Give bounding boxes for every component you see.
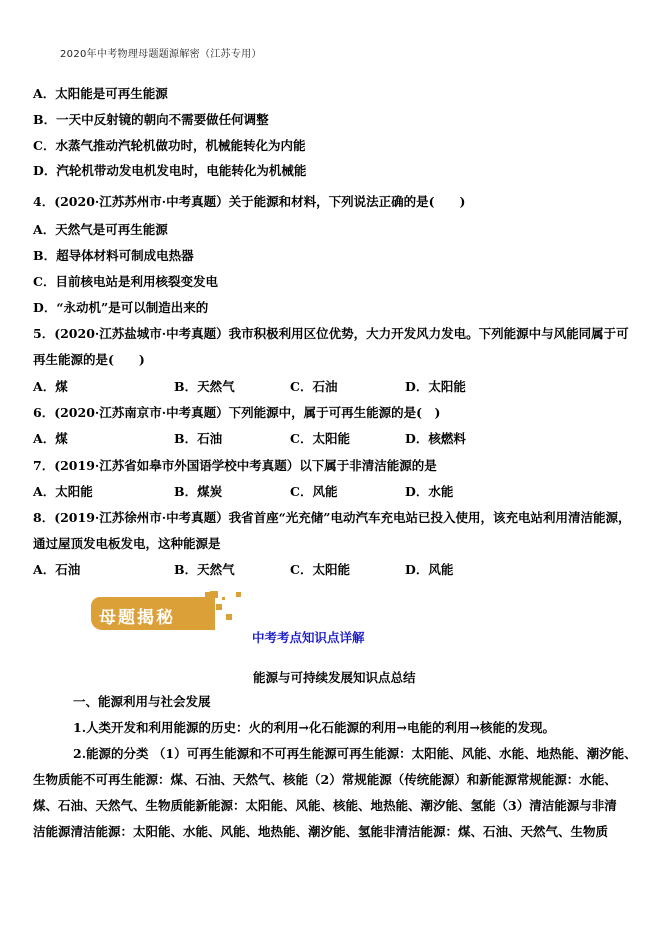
q4-stem: 4．(2020·江苏苏州市·中考真题）关于能源和材料，下列说法正确的是( ) [33,194,465,210]
q8-option-b: B．天然气 [174,562,235,578]
q8-option-c: C．太阳能 [290,562,350,578]
banner-label: 母题揭秘 [99,603,175,628]
q4-option-b: B．超导体材料可制成电热器 [33,248,194,264]
summary-point-1: 1.人类开发和利用能源的历史：火的利用→化石能源的利用→电能的利用→核能的发现。 [73,720,555,736]
q3-option-a: A．太阳能是可再生能源 [33,86,168,102]
q6-option-b: B．石油 [174,431,222,447]
q6-option-c: C．太阳能 [290,431,350,447]
q7-option-c: C．风能 [290,484,337,500]
q5-stem-line1: 5．(2020·江苏盐城市·中考真题）我市积极利用区位优势，大力开发风力发电。下… [33,326,629,342]
q6-option-a: A．煤 [33,431,68,447]
q7-option-a: A．太阳能 [33,484,93,500]
q8-option-d: D．风能 [405,562,453,578]
summary-section-1: 一、能源利用与社会发展 [73,694,211,710]
q5-stem-line2: 再生能源的是( ) [33,352,145,368]
q3-option-c: C．水蒸气推动汽轮机做功时，机械能转化为内能 [33,138,305,154]
q3-option-d: D．汽轮机带动发电机发电时，电能转化为机械能 [33,163,306,179]
page-header: 2020年中考物理母题题源解密（江苏专用） [60,45,262,60]
q7-stem: 7．(2019·江苏省如皋市外国语学校中考真题）以下属于非清洁能源的是 [33,458,437,474]
q4-option-c: C．目前核电站是利用核裂变发电 [33,274,218,290]
q5-option-c: C．石油 [290,379,337,395]
q8-stem-line1: 8．(2019·江苏徐州市·中考真题）我省首座“光充储”电动汽车充电站已投入使用… [33,510,631,526]
q7-option-d: D．水能 [405,484,453,500]
q4-option-d: D．“永动机”是可以制造出来的 [33,300,208,316]
summary-point-2-line-4: 洁能源清洁能源：太阳能、水能、风能、地热能、潮汐能、氢能非清洁能源：煤、石油、天… [33,824,608,840]
q5-option-b: B．天然气 [174,379,235,395]
q6-stem: 6．(2020·江苏南京市·中考真题）下列能源中，属于可再生能源的是( ) [33,405,440,421]
q3-option-b: B．一天中反射镜的朝向不需要做任何调整 [33,112,269,128]
summary-point-2-line-3: 煤、石油、天然气、生物质能新能源：太阳能、风能、核能、地热能、潮汐能、氢能（3）… [33,798,617,814]
section-heading: 中考考点知识点详解 [252,628,365,646]
q8-option-a: A．石油 [33,562,80,578]
q4-option-a: A．天然气是可再生能源 [33,222,168,238]
summary-title: 能源与可持续发展知识点总结 [253,668,416,686]
q7-option-b: B．煤炭 [174,484,222,500]
q5-option-d: D．太阳能 [405,379,466,395]
q5-option-a: A．煤 [33,379,68,395]
q8-stem-line2: 通过屋顶发电板发电，这种能源是 [33,536,221,552]
summary-point-2-line-2: 生物质能不可再生能源：煤、石油、天然气、核能（2）常规能源（传统能源）和新能源常… [33,772,617,788]
summary-point-2-line-1: 2.能源的分类 （1）可再生能源和不可再生能源可再生能源：太阳能、风能、水能、地… [73,746,637,762]
q6-option-d: D．核燃料 [405,431,466,447]
